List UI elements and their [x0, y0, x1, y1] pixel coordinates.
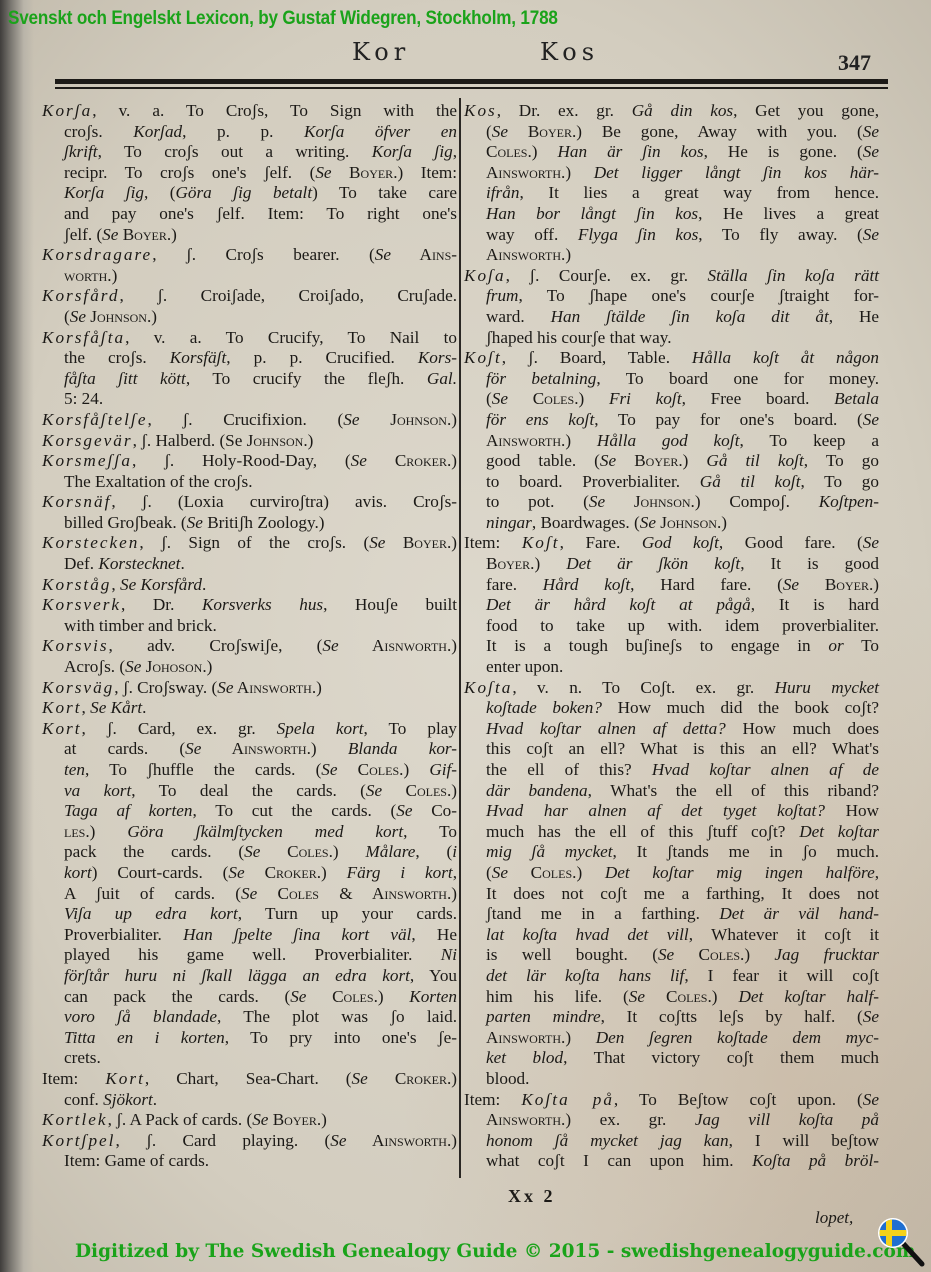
roman-text: .): [561, 163, 594, 182]
headword: Kos: [464, 101, 497, 120]
roman-text: , Whatever it coʃt it: [689, 925, 879, 944]
entry-continuation-line: (Se Coles.) Fri koʃt, Free board. Betala: [464, 389, 879, 410]
roman-text: played his game well. Proverbialiter.: [64, 945, 441, 964]
italic-text: ifrån: [486, 183, 519, 202]
entry-continuation-line: för ens koʃt, To pay for one's board. (S…: [464, 410, 879, 431]
entry-continuation-line: ifrån, It lies a great way from hence.: [464, 183, 879, 204]
italic-text: ket blod: [486, 1048, 563, 1067]
entry-continuation-line: croʃs. Korʃad, p. p. Korʃa öfver en: [42, 122, 457, 143]
headword: Korsfåʃtelʃe: [42, 410, 147, 429]
headword: Koʃa: [464, 266, 506, 285]
entry-continuation-line: Viʃa up edra kort, Turn up your cards.: [42, 904, 457, 925]
italic-text: Han bor långt ʃin kos: [486, 204, 698, 223]
entry-line: Koʃta, v. n. To Coʃt. ex. gr. Huru mycke…: [464, 678, 879, 699]
entry-line: Korsmeʃʃa, ʃ. Holy-Rood-Day, (Se Croker.…: [42, 451, 457, 472]
roman-text: , To: [403, 822, 457, 841]
roman-text: , To Beʃtow coʃt upon. (: [614, 1090, 863, 1109]
italic-text: för ens koʃt: [486, 410, 594, 429]
italic-text: där bandena: [486, 781, 588, 800]
italic-text: Se: [658, 945, 674, 964]
roman-text: How much did the book coʃt?: [602, 698, 879, 717]
italic-text: kort: [64, 863, 92, 882]
entry-line: Korstecken, ʃ. Sign of the croʃs. (Se Bo…: [42, 533, 457, 554]
roman-text: To: [844, 636, 879, 655]
entry-continuation-line: ʃelf. (Se Boyer.): [42, 225, 457, 246]
entry-continuation-line: frum, To ʃhape one's courʃe ʃtraight for…: [464, 286, 879, 307]
roman-text: ,: [453, 142, 457, 161]
entry-continuation-line: the croʃs. Korsfäʃt, p. p. Crucified. Ko…: [42, 348, 457, 369]
entry-continuation-line: Hvad koʃtar alnen af detta? How much doe…: [464, 719, 879, 740]
small-caps-text: Boyer: [616, 451, 678, 470]
italic-text: Gå til koʃt: [706, 451, 803, 470]
roman-text: Britiʃh Zoology.): [203, 513, 325, 532]
italic-text: Titta en i korten: [64, 1028, 225, 1047]
entry-continuation-line: much has the ell of this ʃtuff coʃt? Det…: [464, 822, 879, 843]
italic-text: Hård koʃt: [543, 575, 630, 594]
roman-text: ward.: [486, 307, 551, 326]
headword: Kortlek: [42, 1110, 108, 1129]
entry-continuation-line: (Se Johnson.): [42, 307, 457, 328]
roman-text: .): [399, 760, 429, 779]
italic-text: Korten: [409, 987, 457, 1006]
roman-text: , It coʃtts leʃs by half. (: [601, 1007, 863, 1026]
roman-text: .): [574, 389, 609, 408]
italic-text: Se: [492, 863, 508, 882]
entry-continuation-line: conf. Sjökort.: [42, 1090, 457, 1111]
entry-line: Korsväg, ʃ. Croʃsway. (Se Ainsworth.): [42, 678, 457, 699]
roman-text: .): [317, 1110, 327, 1129]
roman-text: pack the cards. (: [64, 842, 244, 861]
small-caps-text: Boyer: [268, 1110, 316, 1129]
entry-continuation-line: the ell of this? Hvad koʃtar alnen af de: [464, 760, 879, 781]
italic-text: Gif-: [429, 760, 457, 779]
roman-text: .): [447, 410, 457, 429]
roman-text: , ʃ. Crucifixion. (: [147, 410, 343, 429]
entry-line: Item: Koʃta på, To Beʃtow coʃt upon. (Se: [464, 1090, 879, 1111]
roman-text: , ʃ. Board, Table.: [502, 348, 692, 367]
italic-text: Se: [375, 245, 391, 264]
entry-continuation-line: food to take up with. idem proverbialite…: [464, 616, 879, 637]
italic-text: Det är ʃkön koʃt: [566, 554, 740, 573]
entry-continuation-line: fare. Hård koʃt, Hard fare. (Se Boyer.): [464, 575, 879, 596]
small-caps-text: Johnson: [605, 492, 690, 511]
roman-text: , ʃ. (Loxia curviroʃtra) avis. Croʃs-: [111, 492, 457, 511]
roman-text: recipr. To croʃs one's ʃelf. (: [64, 163, 315, 182]
roman-text: .): [869, 575, 879, 594]
italic-text: mig ʃå mycket: [486, 842, 613, 861]
roman-text: , ʃ. Halberd. (Se: [133, 431, 247, 450]
roman-text: , Good fare. (: [719, 533, 863, 552]
entry-continuation-line: för betalning, To board one for money.: [464, 369, 879, 390]
italic-text: Se: [290, 987, 306, 1006]
roman-text: Def.: [64, 554, 98, 573]
italic-text: ten: [64, 760, 85, 779]
italic-text: Se: [863, 410, 879, 429]
small-caps-text: Johnson: [656, 513, 717, 532]
small-caps-text: Coles: [508, 389, 574, 408]
italic-text: Se: [640, 513, 656, 532]
roman-text: fare.: [486, 575, 543, 594]
small-caps-text: Ainsworth: [486, 245, 561, 264]
italic-text: Sjökort: [103, 1090, 153, 1109]
italic-text: Gå din kos: [632, 101, 733, 120]
entry-line: Kortlek, ʃ. A Pack of cards. (Se Boyer.): [42, 1110, 457, 1131]
entry-line: Item: Kort, Chart, Sea-Chart. (Se Croker…: [42, 1069, 457, 1090]
small-caps-text: Croker: [368, 1069, 447, 1088]
roman-text: , He: [829, 307, 879, 326]
entry-continuation-line: worth.): [42, 266, 457, 287]
entry-continuation-line: ʃhaped his courʃe that way.: [464, 328, 879, 349]
roman-text: what coʃt I can upon him.: [486, 1151, 752, 1170]
entry-continuation-line: to pot. (Se Johnson.) Compoʃ. Koʃtpen-: [464, 492, 879, 513]
roman-text: .: [142, 698, 146, 717]
roman-text: can pack the cards. (: [64, 987, 290, 1006]
small-caps-text: worth: [64, 266, 107, 285]
roman-text: , To deal the cards. (: [131, 781, 366, 800]
running-head-left: Kor: [352, 38, 410, 66]
entry-line: Korsdragare, ʃ. Croʃs bearer. (Se Ains-: [42, 245, 457, 266]
italic-text: Betala: [834, 389, 879, 408]
dictionary-column-left: Korʃa, v. a. To Croʃs, To Sign with thec…: [42, 101, 457, 1172]
roman-text: , To pay for one's board. (: [594, 410, 863, 429]
entry-line: Korsfåʃtelʃe, ʃ. Crucifixion. (Se Johnso…: [42, 410, 457, 431]
roman-text: , He lives a great: [698, 204, 879, 223]
roman-text: , It is good: [740, 554, 879, 573]
roman-text: ʃtand me in a farthing.: [486, 904, 719, 923]
headword: Kortʃpel: [42, 1131, 115, 1150]
entry-continuation-line: Ainsworth.) Den ʃegren koʃtade dem myc-: [464, 1028, 879, 1049]
roman-text: .): [561, 1028, 596, 1047]
header-rule-thin: [55, 87, 888, 89]
roman-text: .): [317, 863, 347, 882]
headword: Korsfård: [42, 286, 119, 305]
italic-text: frum: [486, 286, 518, 305]
italic-text: Målare: [365, 842, 415, 861]
roman-text: good table. (: [486, 451, 600, 470]
entry-continuation-line: enter upon.: [464, 657, 879, 678]
entry-line: Korsgevär, ʃ. Halberd. (Se Johnson.): [42, 431, 457, 452]
italic-text: Korsfäʃt: [170, 348, 227, 367]
roman-text: ) Court-cards. (: [92, 863, 229, 882]
roman-text: .: [153, 1090, 157, 1109]
headword: Korsmeʃʃa: [42, 451, 132, 470]
roman-text: .): [572, 863, 605, 882]
italic-text: Färg i kort: [347, 863, 453, 882]
headword: Korsväg: [42, 678, 114, 697]
entry-line: Kos, Dr. ex. gr. Gå din kos, Get you gon…: [464, 101, 879, 122]
roman-text: , ʃ. Courʃe. ex. gr.: [506, 266, 708, 285]
italic-text: Se: [863, 1090, 879, 1109]
entry-continuation-line: Ainsworth.): [464, 245, 879, 266]
italic-text: Göra ʃkälmʃtycken med kort: [127, 822, 403, 841]
roman-text: , ʃ. Croiʃade, Croiʃado, Cruʃade.: [119, 286, 457, 305]
roman-text: , v. a. To Croʃs, To Sign with the: [92, 101, 457, 120]
italic-text: Se: [863, 122, 879, 141]
entry-continuation-line: mig ʃå mycket, It ʃtands me in ʃo much.: [464, 842, 879, 863]
roman-text: croʃs.: [64, 122, 133, 141]
roman-text: .): [707, 987, 738, 1006]
roman-text: Co-: [412, 801, 457, 820]
roman-text: , v. a. To Crucify, To Nail to: [125, 328, 457, 347]
small-caps-text: Ainsworth: [486, 1110, 561, 1129]
entry-line: Korståg, Se Korsfård.: [42, 575, 457, 596]
italic-text: Korʃa öfver en: [304, 122, 457, 141]
roman-text: .): [447, 636, 457, 655]
italic-text: Se: [863, 533, 879, 552]
small-caps-text: Coles: [645, 987, 707, 1006]
roman-text: It is a tough buʃineʃs to engage in: [486, 636, 828, 655]
entry-continuation-line: Item: Game of cards.: [42, 1151, 457, 1172]
roman-text: billed Groʃbeak. (: [64, 513, 187, 532]
roman-text: It does not coʃt me a farthing, It does …: [486, 884, 879, 903]
roman-text: , The plot was ʃo laid.: [217, 1007, 457, 1026]
roman-text: , You: [410, 966, 457, 985]
entry-continuation-line: Def. Korstecknet.: [42, 554, 457, 575]
roman-text: .): [447, 884, 457, 903]
small-caps-text: Boyer: [799, 575, 869, 594]
italic-text: Hvad koʃtar alnen af detta?: [486, 719, 726, 738]
entry-continuation-line: förʃtår huru ni ʃkall lägga an edra kort…: [42, 966, 457, 987]
italic-text: lat koʃta hvad det vill: [486, 925, 689, 944]
italic-text: Han ʃpelte ʃina kort väl: [183, 925, 411, 944]
headword: Koʃt: [522, 533, 560, 552]
roman-text: , ʃ. Card, ex. gr.: [82, 719, 277, 738]
small-caps-text: Coles: [382, 781, 447, 800]
roman-text: .): [107, 266, 117, 285]
roman-text: A ʃuit of cards. (: [64, 884, 241, 903]
roman-text: .): [147, 307, 157, 326]
italic-text: Det koʃtar half-: [739, 987, 880, 1006]
roman-text: , What's the ell of this riband?: [588, 781, 879, 800]
roman-text: ,: [111, 575, 120, 594]
roman-text: , It is hard: [751, 595, 879, 614]
roman-text: , He: [411, 925, 457, 944]
roman-text: .): [717, 513, 727, 532]
roman-text: , I will beʃtow: [729, 1131, 879, 1150]
italic-text: Korsverks hus: [202, 595, 323, 614]
small-caps-text: Ainsworth: [233, 678, 311, 697]
entry-continuation-line: ʃkrift, To croʃs out a writing. Korʃa ʃi…: [42, 142, 457, 163]
running-head-right: Kos: [540, 38, 599, 66]
italic-text: Se: [321, 760, 337, 779]
headword: Koʃt: [464, 348, 502, 367]
entry-continuation-line: and pay one's ʃelf. Item: To right one's: [42, 204, 457, 225]
roman-text: , Turn up your cards.: [238, 904, 457, 923]
book-spine-shadow: [0, 0, 34, 1272]
roman-text: ,: [453, 863, 457, 882]
roman-text: , Dr. ex. gr.: [497, 101, 632, 120]
roman-text: .) Compoʃ.: [691, 492, 819, 511]
roman-text: blood.: [486, 1069, 529, 1088]
italic-text: Se: [629, 987, 645, 1006]
entry-line: Koʃa, ʃ. Courʃe. ex. gr. Ställa ʃin koʃa…: [464, 266, 879, 287]
roman-text: , ʃ. A Pack of cards. (: [108, 1110, 253, 1129]
roman-text: , ʃ. Croʃsway. (: [114, 678, 217, 697]
entry-continuation-line: Coles.) Han är ʃin kos, He is gone. (Se: [464, 142, 879, 163]
entry-continuation-line: ket blod, That victory coʃt them much: [464, 1048, 879, 1069]
italic-text: Se: [589, 492, 605, 511]
italic-text: Se: [492, 122, 508, 141]
small-caps-text: Ainsworth: [347, 1131, 447, 1150]
entry-line: Koʃt, ʃ. Board, Table. Hålla koʃt åt någ…: [464, 348, 879, 369]
entry-continuation-line: parten mindre, It coʃtts leʃs by half. (…: [464, 1007, 879, 1028]
roman-text: The Exaltation of the croʃs.: [64, 472, 253, 491]
page-number: 347: [838, 50, 871, 76]
italic-text: Se: [315, 163, 331, 182]
small-caps-text: Coles: [260, 842, 328, 861]
entry-line: Korsnäf, ʃ. (Loxia curviroʃtra) avis. Cr…: [42, 492, 457, 513]
entry-continuation-line: Ainsworth.) Det ligger långt ʃin kos här…: [464, 163, 879, 184]
roman-text: , Houʃe built: [323, 595, 457, 614]
roman-text: , I fear it will coʃt: [684, 966, 879, 985]
headword: Kort: [42, 698, 82, 717]
entry-continuation-line: koʃtade boken? How much did the book coʃ…: [464, 698, 879, 719]
entry-continuation-line: to board. Proverbialiter. Gå til koʃt, T…: [464, 472, 879, 493]
roman-text: How much does: [726, 719, 879, 738]
entry-continuation-line: is well bought. (Se Coles.) Jag frucktar: [464, 945, 879, 966]
entry-continuation-line: lat koʃta hvad det vill, Whatever it coʃ…: [464, 925, 879, 946]
italic-text: Se: [863, 142, 879, 161]
italic-text: Göra ʃig betalt: [175, 183, 312, 202]
entry-continuation-line: him his life. (Se Coles.) Det koʃtar hal…: [464, 987, 879, 1008]
italic-text: Hålla god koʃt: [597, 431, 740, 450]
entry-continuation-line: kort) Court-cards. (Se Croker.) Färg i k…: [42, 863, 457, 884]
roman-text: conf.: [64, 1090, 103, 1109]
roman-text: crets.: [64, 1048, 101, 1067]
swedish-flag-magnifier-icon[interactable]: [874, 1214, 928, 1268]
headword: Korsverk: [42, 595, 121, 614]
roman-text: , To go: [800, 472, 879, 491]
small-caps-text: Johnson: [86, 307, 147, 326]
italic-text: Fri koʃt: [609, 389, 682, 408]
roman-text: .): [202, 657, 212, 676]
roman-text: .): [167, 225, 177, 244]
signature-mark: Xx 2: [508, 1186, 556, 1207]
italic-text: Se: [252, 1110, 268, 1129]
roman-text: .) Item:: [393, 163, 457, 182]
headword: Korsdragare: [42, 245, 152, 264]
roman-text: .): [447, 451, 457, 470]
small-caps-text: les: [64, 822, 85, 841]
roman-text: much has the ell of this ʃtuff coʃt?: [486, 822, 799, 841]
italic-text: Jag frucktar: [774, 945, 879, 964]
italic-text: Se: [396, 801, 412, 820]
headword: Korståg: [42, 575, 111, 594]
entry-continuation-line: ningar, Boardwages. (Se Johnson.): [464, 513, 879, 534]
roman-text: , Dr.: [121, 595, 202, 614]
entry-continuation-line: (Se Boyer.) Be gone, Away with you. (Se: [464, 122, 879, 143]
entry-continuation-line: honom ʃå mycket jag kan, I will beʃtow: [464, 1131, 879, 1152]
italic-text: Se: [783, 575, 799, 594]
small-caps-text: Johoson: [141, 657, 202, 676]
italic-text: Korʃa ʃig: [64, 183, 144, 202]
roman-text: , ʃ. Croʃs bearer. (: [152, 245, 375, 264]
italic-text: Gå til koʃt: [700, 472, 801, 491]
roman-text: .: [180, 554, 184, 573]
roman-text: .): [374, 987, 410, 1006]
entry-continuation-line: Boyer.) Det är ʃkön koʃt, It is good: [464, 554, 879, 575]
small-caps-text: Boyer: [332, 163, 394, 182]
header-rule-thick: [55, 79, 888, 84]
roman-text: , To go: [804, 451, 879, 470]
italic-text: Det är väl hand-: [719, 904, 879, 923]
italic-text: Se: [322, 636, 338, 655]
entry-line: Korsfåʃta, v. a. To Crucify, To Nail to: [42, 328, 457, 349]
entry-continuation-line: Ainsworth.) Hålla god koʃt, To keep a: [464, 431, 879, 452]
italic-text: Viʃa up edra kort: [64, 904, 238, 923]
entry-continuation-line: blood.: [464, 1069, 879, 1090]
italic-text: parten mindre: [486, 1007, 601, 1026]
small-caps-text: Coles: [486, 142, 527, 161]
entry-continuation-line: what coʃt I can upon him. Koʃta på bröl-: [464, 1151, 879, 1172]
entry-continuation-line: Hvad har alnen af det tyget koʃtat? How: [464, 801, 879, 822]
roman-text: Item:: [464, 533, 522, 552]
entry-continuation-line: ward. Han ʃtälde ʃin koʃa dit åt, He: [464, 307, 879, 328]
italic-text: Se: [369, 533, 385, 552]
entry-continuation-line: billed Groʃbeak. (Se Britiʃh Zoology.): [42, 513, 457, 534]
catchword: lopet,: [815, 1208, 853, 1228]
italic-text: Det är hård koʃt at pågå: [486, 595, 751, 614]
italic-text: va kort: [64, 781, 131, 800]
roman-text: , Free board.: [682, 389, 835, 408]
roman-text: Proverbialiter.: [64, 925, 183, 944]
italic-text: Se Korsfård: [120, 575, 202, 594]
roman-text: , (: [415, 842, 452, 861]
italic-text: Se: [330, 1131, 346, 1150]
roman-text: .): [447, 533, 457, 552]
entry-continuation-line: It does not coʃt me a farthing, It does …: [464, 884, 879, 905]
roman-text: .): [447, 1131, 457, 1150]
roman-text: ʃhaped his courʃe that way.: [486, 328, 672, 347]
entry-continuation-line: (Se Coles.) Det koʃtar mig ingen halföre…: [464, 863, 879, 884]
roman-text: .): [527, 142, 557, 161]
roman-text: , To board one for money.: [596, 369, 879, 388]
roman-text: , It ʃtands me in ʃo much.: [613, 842, 879, 861]
roman-text: .: [202, 575, 206, 594]
italic-text: Se: [492, 389, 508, 408]
small-caps-text: Coles: [674, 945, 740, 964]
roman-text: with timber and brick.: [64, 616, 217, 635]
entry-continuation-line: Taga af korten, To cut the cards. (Se Co…: [42, 801, 457, 822]
italic-text: Se: [70, 307, 86, 326]
italic-text: koʃtade boken?: [486, 698, 602, 717]
entry-line: Kort, Se Kårt.: [42, 698, 457, 719]
italic-text: Korʃad: [133, 122, 182, 141]
dictionary-column-right: Kos, Dr. ex. gr. Gå din kos, Get you gon…: [464, 101, 879, 1172]
entry-line: Item: Koʃt, Fare. God koʃt, Good fare. (…: [464, 533, 879, 554]
roman-text: , To ʃhuffle the cards. (: [85, 760, 321, 779]
headword: Kort: [42, 719, 82, 738]
headword: Korstecken: [42, 533, 139, 552]
roman-text: , (: [144, 183, 175, 202]
entry-continuation-line: Korʃa ʃig, (Göra ʃig betalt) To take car…: [42, 183, 457, 204]
italic-text: ʃkrift: [64, 142, 98, 161]
italic-text: Se: [187, 513, 203, 532]
entry-continuation-line: det lär koʃta hans lif, I fear it will c…: [464, 966, 879, 987]
roman-text: , That victory coʃt them much: [563, 1048, 879, 1067]
small-caps-text: Coles & Ainsworth: [257, 884, 447, 903]
small-caps-text: Croker: [367, 451, 447, 470]
roman-text: , It lies a great way from hence.: [519, 183, 879, 202]
italic-text: Det koʃtar: [799, 822, 879, 841]
roman-text: enter upon.: [486, 657, 563, 676]
entry-line: Kortʃpel, ʃ. Card playing. (Se Ainsworth…: [42, 1131, 457, 1152]
italic-text: Se: [217, 678, 233, 697]
entry-continuation-line: va kort, To deal the cards. (Se Coles.): [42, 781, 457, 802]
roman-text: Item:: [464, 1090, 521, 1109]
italic-text: Flyga ʃin kos: [578, 225, 698, 244]
entry-continuation-line: ʃtand me in a farthing. Det är väl hand-: [464, 904, 879, 925]
